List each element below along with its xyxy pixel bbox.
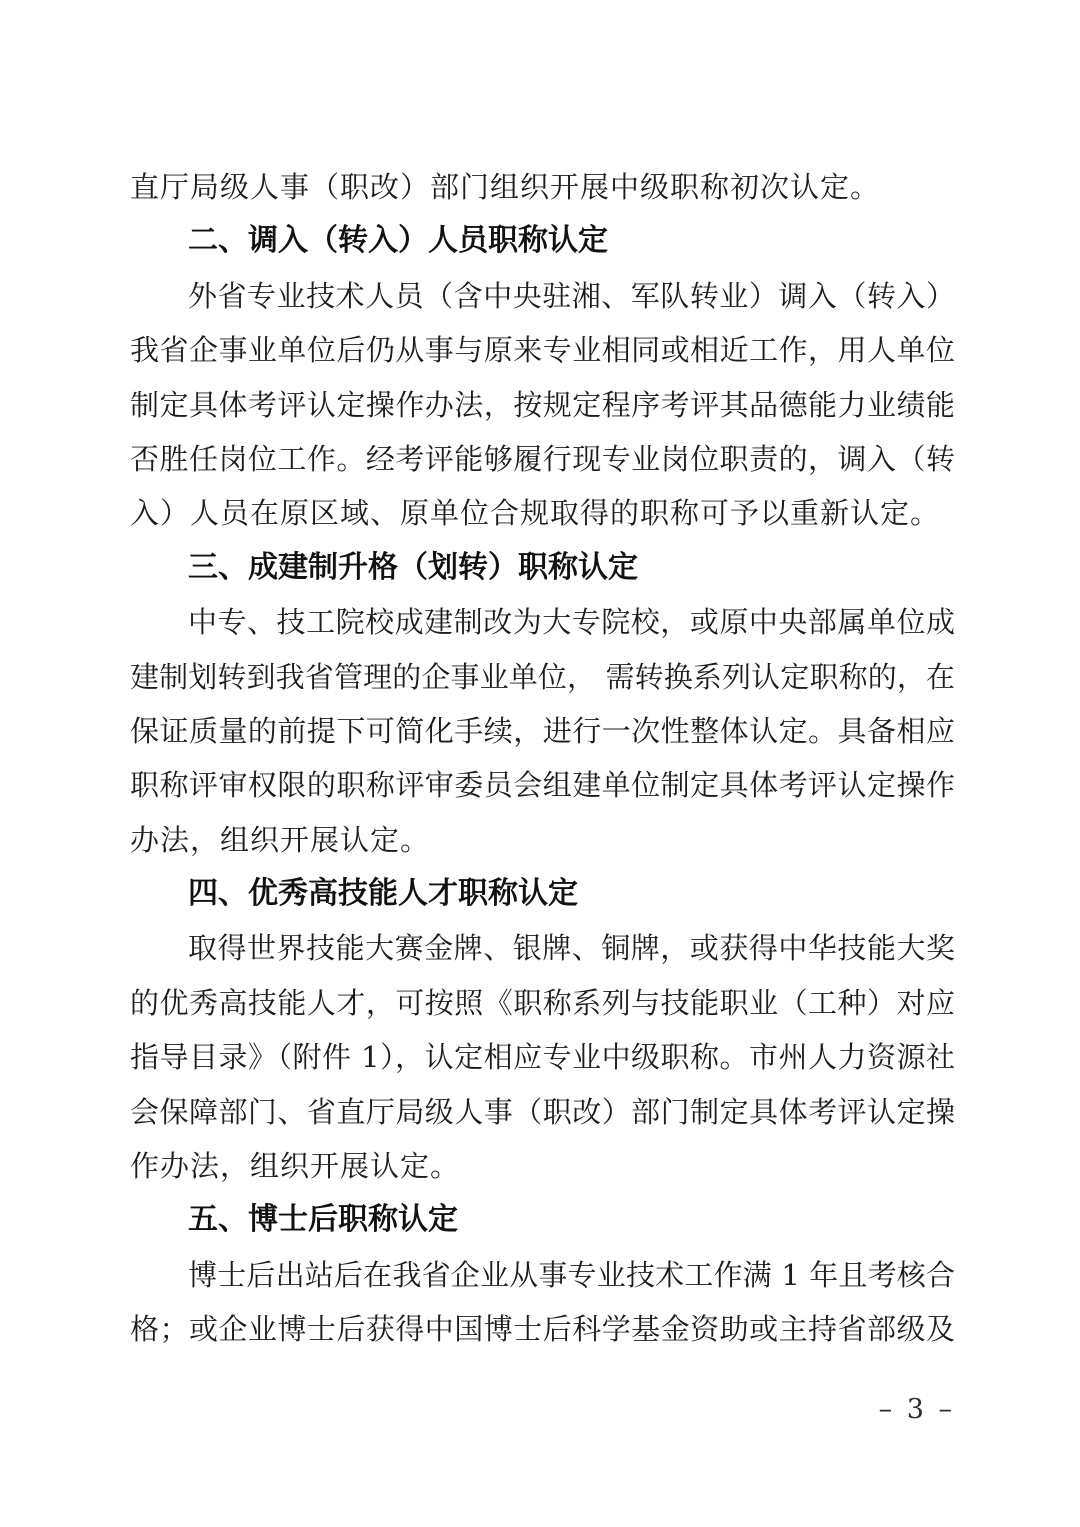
paragraph-line: 直厅局级人事（职改）部门组织开展中级职称初次认定。 [130,160,955,214]
paragraph-line: 的优秀高技能人才，可按照《职称系列与技能职业（工种）对应 [130,976,955,1030]
paragraph-line: 外省专业技术人员（含中央驻湘、军队转业）调入（转入） [130,269,955,323]
paragraph-line: 取得世界技能大赛金牌、银牌、铜牌，或获得中华技能大奖 [130,921,955,975]
paragraph-line: 中专、技工院校成建制改为大专院校，或原中央部属单位成 [130,595,955,649]
paragraph-line: 会保障部门、省直厅局级人事（职改）部门制定具体考评认定操 [130,1085,955,1139]
paragraph-line: 指导目录》（附件 1），认定相应专业中级职称。市州人力资源社 [130,1030,955,1084]
paragraph-line: 否胜任岗位工作。经考评能够履行现专业岗位职责的，调入（转 [130,432,955,486]
paragraph-line: 我省企事业单位后仍从事与原来专业相同或相近工作，用人单位 [130,323,955,377]
paragraph-line: 博士后出站后在我省企业从事专业技术工作满 1 年且考核合 [130,1248,955,1302]
paragraph-line: 作办法，组织开展认定。 [130,1139,955,1193]
section-heading: 四、优秀高技能人才职称认定 [130,867,955,921]
paragraph-line: 格；或企业博士后获得中国博士后科学基金资助或主持省部级及 [130,1302,955,1356]
paragraph-line: 办法，组织开展认定。 [130,813,955,867]
paragraph-line: 建制划转到我省管理的企事业单位， 需转换系列认定职称的，在 [130,650,955,704]
section-heading: 二、调入（转入）人员职称认定 [130,214,955,268]
section-heading: 五、博士后职称认定 [130,1193,955,1247]
paragraph-line: 入）人员在原区域、原单位合规取得的职称可予以重新认定。 [130,486,955,540]
section-heading: 三、成建制升格（划转）职称认定 [130,541,955,595]
paragraph-line: 保证质量的前提下可简化手续，进行一次性整体认定。具备相应 [130,704,955,758]
paragraph-line: 职称评审权限的职称评审委员会组建单位制定具体考评认定操作 [130,758,955,812]
document-body: 直厅局级人事（职改）部门组织开展中级职称初次认定。 二、调入（转入）人员职称认定… [130,160,955,1357]
paragraph-line: 制定具体考评认定操作办法，按规定程序考评其品德能力业绩能 [130,378,955,432]
page-number: – 3 – [879,1394,955,1425]
document-page: 直厅局级人事（职改）部门组织开展中级职称初次认定。 二、调入（转入）人员职称认定… [0,0,1080,1527]
